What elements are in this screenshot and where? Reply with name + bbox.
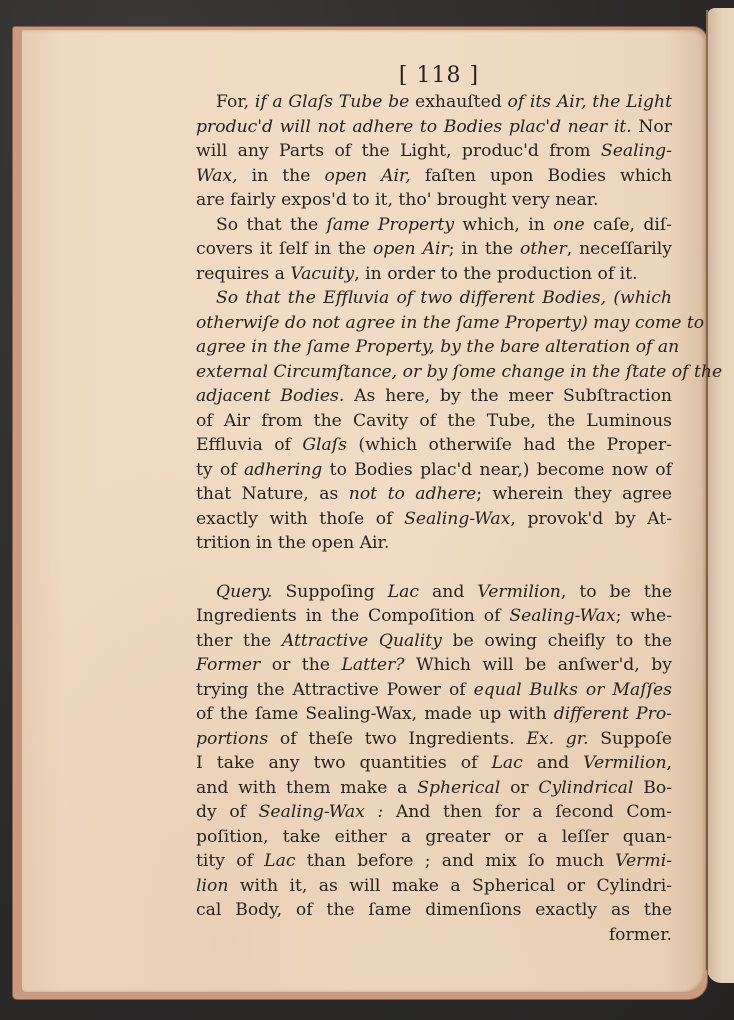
italic-text: adjacent Bodies. xyxy=(196,386,344,406)
text-line: will any Parts of the Light, produc'd fr… xyxy=(196,139,672,164)
italic-text: Latter? xyxy=(341,655,404,675)
italic-text: Glaſs xyxy=(302,435,347,455)
text-line: For, if a Glaſs Tube be exhauſted of its… xyxy=(196,90,672,115)
text-line: dy of Sealing-Wax : And then for a ſecon… xyxy=(196,800,672,825)
text-line: of Air from the Cavity of the Tube, the … xyxy=(196,409,672,434)
italic-text: Sealing-Wax xyxy=(509,606,615,626)
italic-text: Lac xyxy=(388,582,419,602)
italic-text: Sealing-Wax : xyxy=(259,802,384,822)
text-line: portions of theſe two Ingredients. Ex. g… xyxy=(196,727,672,752)
text-line: ty of adhering to Bodies plac'd near,) b… xyxy=(196,458,672,483)
italic-text: ſame Property xyxy=(326,215,454,235)
italic-text: agree in the ſame Property, by the bare … xyxy=(196,337,679,357)
italic-text: Attractive Quality xyxy=(282,631,442,651)
italic-text: otherwiſe do not agree in the ſame Prope… xyxy=(196,313,704,333)
italic-text: Ex. gr. xyxy=(526,729,588,749)
text-line: requires a Vacuity, in order to the prod… xyxy=(196,262,672,287)
italic-text: produc'd will not adhere to Bodies plac'… xyxy=(196,117,632,137)
text-line: external Circumſtance, or by ſome change… xyxy=(196,360,672,385)
italic-text: Vermilion xyxy=(477,582,560,602)
italic-text: adhering xyxy=(244,460,322,480)
text-line: and with them make a Spherical or Cylind… xyxy=(196,776,672,801)
text-line: agree in the ſame Property, by the bare … xyxy=(196,335,672,360)
italic-text: Wax, xyxy=(196,166,238,186)
italic-text: of its Air, the Light xyxy=(507,92,672,112)
page-number: [ 118 ] xyxy=(206,62,672,90)
italic-text: Vermi- xyxy=(615,851,672,871)
text-line: of the ſame Sealing-Wax, made up with di… xyxy=(196,702,672,727)
paragraph: So that the Effluvia of two different Bo… xyxy=(196,286,672,556)
italic-text: Sealing-Wax xyxy=(404,509,510,529)
paragraph: So that the ſame Property which, in one … xyxy=(196,213,672,287)
italic-text: other xyxy=(520,239,567,259)
italic-text: Lac xyxy=(264,851,295,871)
paragraph-gap xyxy=(196,556,672,580)
text-line: exactly with thoſe of Sealing-Wax, provo… xyxy=(196,507,672,532)
italic-text: one xyxy=(553,215,585,235)
italic-text: Vacuity xyxy=(290,264,354,284)
text-line: I take any two quantities of Lac and Ver… xyxy=(196,751,672,776)
text-line: trying the Attractive Power of equal Bul… xyxy=(196,678,672,703)
text-line: Query. Suppoſing Lac and Vermilion, to b… xyxy=(196,580,672,605)
text-line: tity of Lac than before ; and mix ſo muc… xyxy=(196,849,672,874)
text-line: So that the ſame Property which, in one … xyxy=(196,213,672,238)
italic-text: equal Bulks or Maſſes xyxy=(474,680,672,700)
page-text-block: [ 118 ] For, if a Glaſs Tube be exhauſte… xyxy=(196,62,672,947)
text-line: lion with it, as will make a Spherical o… xyxy=(196,874,672,899)
text-line: Wax, in the open Air, faſten upon Bodies… xyxy=(196,164,672,189)
italic-text: open Air, xyxy=(324,166,410,186)
paragraph: For, if a Glaſs Tube be exhauſted of its… xyxy=(196,90,672,213)
text-line: Ingredients in the Compoſition of Sealin… xyxy=(196,604,672,629)
paragraph: Query. Suppoſing Lac and Vermilion, to b… xyxy=(196,580,672,923)
italic-text: Spherical xyxy=(417,778,500,798)
italic-text: Query. xyxy=(216,582,272,602)
italic-text: external Circumſtance, or by ſome change… xyxy=(196,362,722,382)
text-line: So that the Effluvia of two different Bo… xyxy=(196,286,672,311)
italic-text: Lac xyxy=(491,753,522,773)
italic-text: So that the Effluvia of two different Bo… xyxy=(216,288,672,308)
italic-text: not to adhere xyxy=(349,484,476,504)
italic-text: Vermilion xyxy=(583,753,666,773)
italic-text: lion xyxy=(196,876,228,896)
italic-text: open Air xyxy=(373,239,449,259)
text-line: otherwiſe do not agree in the ſame Prope… xyxy=(196,311,672,336)
italic-text: Former xyxy=(196,655,260,675)
text-line: adjacent Bodies. As here, by the meer Su… xyxy=(196,384,672,409)
italic-text: portions xyxy=(196,729,268,749)
text-line: that Nature, as not to adhere; wherein t… xyxy=(196,482,672,507)
catchword: former. xyxy=(196,923,672,948)
text-line: ther the Attractive Quality be owing che… xyxy=(196,629,672,654)
book-gutter xyxy=(706,10,708,970)
text-line: poſition, take either a greater or a leſ… xyxy=(196,825,672,850)
italic-text: different Pro- xyxy=(554,704,672,724)
text-line: Effluvia of Glaſs (which otherwiſe had t… xyxy=(196,433,672,458)
text-line: covers it ſelf in the open Air; in the o… xyxy=(196,237,672,262)
text-line: are fairly expos'd to it, tho' brought v… xyxy=(196,188,672,213)
italic-text: Sealing- xyxy=(601,141,672,161)
body-text: For, if a Glaſs Tube be exhauſted of its… xyxy=(196,90,672,923)
text-line: Former or the Latter? Which will be anſw… xyxy=(196,653,672,678)
text-line: cal Body, of the ſame dimenſions exactly… xyxy=(196,898,672,923)
italic-text: if a Glaſs Tube be xyxy=(255,92,410,112)
text-line: trition in the open Air. xyxy=(196,531,672,556)
facing-page-edge xyxy=(707,8,734,983)
text-line: produc'd will not adhere to Bodies plac'… xyxy=(196,115,672,140)
italic-text: Cylindrical xyxy=(538,778,633,798)
